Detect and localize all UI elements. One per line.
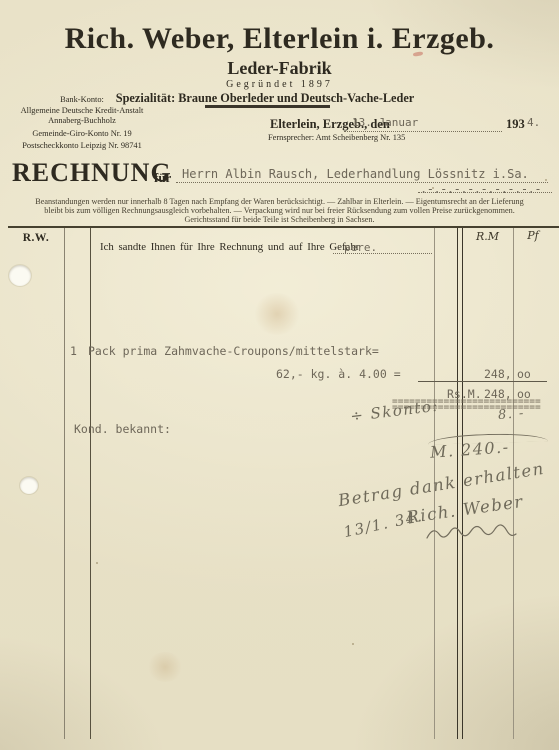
handwritten-date: 13/1. 34.	[342, 507, 425, 541]
handwritten-total: M. 240.-	[429, 437, 510, 462]
punch-hole-top	[9, 265, 31, 286]
paper-stain	[146, 652, 184, 682]
founded-line: Gegründet 1897	[0, 79, 559, 90]
table-intro: Ich sandte Ihnen für Ihre Rechnung und a…	[100, 241, 359, 253]
for-label: für	[154, 170, 171, 186]
terms-line: Gerichtsstand für beide Teile ist Scheib…	[5, 215, 554, 224]
doc-title: RECHNUNG	[12, 158, 172, 188]
terms-line: Beanstandungen werden nur innerhalb 8 Ta…	[5, 197, 554, 206]
recipient-name: Herrn Albin Rausch, Lederhandlung Lössni…	[182, 167, 529, 181]
bank-line: Allgemeine Deutsche Kredit-Anstalt	[8, 106, 156, 117]
intro-typed: pere.	[344, 241, 377, 254]
typed-dashes: .-.-.-.-.-.-.-.-.-	[420, 182, 541, 196]
printed-year: 193	[506, 117, 525, 132]
invoice-document: Rich. Weber, Elterlein i. Erzgeb. Leder-…	[0, 0, 559, 750]
sum-rule	[418, 381, 547, 382]
bank-block: Bank-Konto: Allgemeine Deutsche Kredit-A…	[8, 95, 156, 152]
phone-line: Fernsprecher: Amt Scheibenberg Nr. 135	[268, 133, 405, 142]
specialty-rule	[205, 105, 330, 108]
bank-line: Gemeinde-Giro-Konto Nr. 19	[8, 129, 156, 140]
table-vline	[513, 228, 514, 739]
bank-line: Postscheckkonto Leipzig Nr. 98741	[8, 141, 156, 152]
signature-flourish	[424, 518, 519, 546]
bank-title: Bank-Konto:	[8, 95, 156, 106]
typed-date: 13. Januar	[352, 116, 418, 129]
terms-paragraph: Beanstandungen werden nur innerhalb 8 Ta…	[5, 197, 554, 225]
company-subtitle: Leder-Fabrik	[0, 58, 559, 79]
handwritten-skonto-amount: 8. -	[497, 406, 525, 423]
punch-hole-bottom	[20, 477, 38, 494]
item-calc: 62,- kg. à. 4.00 =	[276, 367, 401, 381]
column-header-pf: Pf	[513, 229, 553, 242]
paper-speck	[352, 643, 354, 645]
column-header-rm: R.M	[462, 230, 513, 243]
conditions-note: Kond. bekannt:	[74, 422, 171, 436]
item-description: Pack prima Zahmvache-Croupons/mittelstar…	[88, 344, 379, 358]
handwritten-skonto: ÷ Skonto:	[349, 397, 440, 426]
table-vline	[64, 228, 65, 739]
bank-line: Annaberg-Buchholz	[8, 116, 156, 127]
monogram: R.W.	[8, 232, 64, 244]
terms-line: bleibt bis zum völligen Rechnungsausglei…	[5, 206, 554, 215]
typed-year: 4.	[527, 116, 540, 129]
item-amount-pf: oo	[517, 367, 531, 381]
paper-stain	[253, 293, 301, 335]
company-name: Rich. Weber, Elterlein i. Erzgeb.	[0, 22, 559, 56]
table-vline	[90, 228, 91, 739]
item-amount-rm: 248,	[484, 367, 512, 381]
item-qty: 1	[70, 344, 77, 358]
paper-speck	[96, 562, 98, 564]
